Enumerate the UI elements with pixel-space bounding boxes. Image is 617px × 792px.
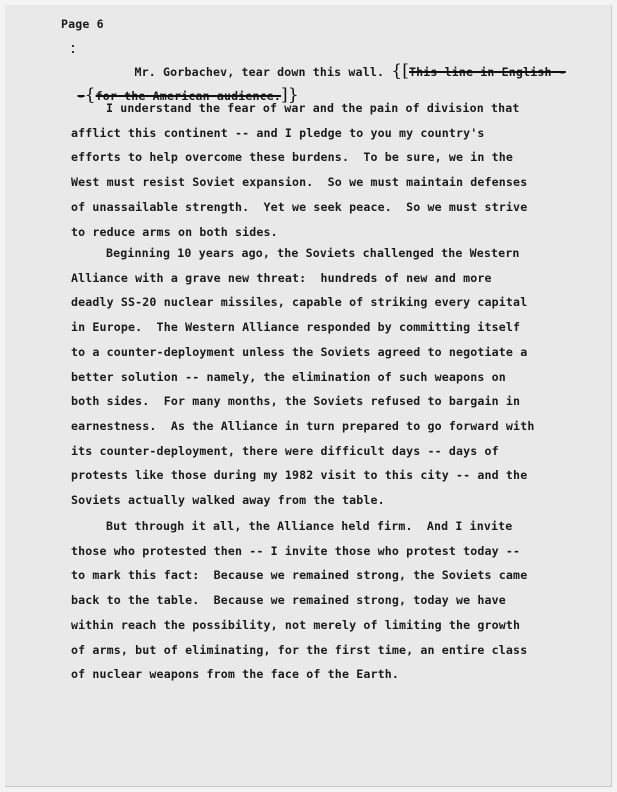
paragraph-line: its counter-deployment, there were diffi…: [71, 441, 499, 461]
paragraph-line: earnestness. As the Alliance in turn pre…: [71, 416, 534, 436]
struck-note-line-1: This line in English: [409, 65, 552, 79]
paragraph-line: of arms, but of eliminating, for the fir…: [71, 640, 527, 660]
paragraph-line: deadly SS-20 nuclear missiles, capable o…: [71, 292, 527, 312]
struck-note-line: -{for the American audience.]}: [49, 65, 299, 85]
paragraph-line: afflict this continent -- and I pledge t…: [71, 123, 485, 143]
paragraph-line: within reach the possibility, not merely…: [71, 615, 520, 635]
paragraph-line: to a counter-deployment unless the Sovie…: [71, 342, 527, 362]
opening-line: Mr. Gorbachev, tear down this wall. {[Th…: [106, 41, 566, 61]
page-number: Page 6: [61, 17, 104, 31]
paragraph-line: better solution -- namely, the eliminati…: [71, 367, 506, 387]
paragraph-line: back to the table. Because we remained s…: [71, 590, 506, 610]
scan-speck: [72, 45, 74, 47]
paragraph-line: to reduce arms on both sides.: [71, 222, 278, 242]
handwritten-bracket-open: {[: [391, 61, 409, 81]
paragraph-first-line: But through it all, the Alliance held fi…: [106, 516, 512, 536]
paragraph-first-line: Beginning 10 years ago, the Soviets chal…: [106, 243, 520, 263]
paragraph-line: protests like those during my 1982 visit…: [71, 465, 527, 485]
paragraph-line: of unassailable strength. Yet we seek pe…: [71, 197, 527, 217]
paragraph-line: both sides. For many months, the Soviets…: [71, 391, 520, 411]
paragraph-line: efforts to help overcome these burdens. …: [71, 147, 513, 167]
paragraph-line: to mark this fact: Because we remained s…: [71, 565, 527, 585]
paragraph-line: West must resist Soviet expansion. So we…: [71, 172, 527, 192]
document-page: Page 6 Mr. Gorbachev, tear down this wal…: [5, 5, 612, 787]
handwritten-bracket-open-2: {: [85, 85, 96, 105]
scan-speck: [72, 51, 74, 53]
paragraph-line: Alliance with a grave new threat: hundre…: [71, 268, 492, 288]
paragraph-line: Soviets actually walked away from the ta…: [71, 490, 385, 510]
paragraph-line: those who protested then -- I invite tho…: [71, 541, 520, 561]
paragraph-line: in Europe. The Western Alliance responde…: [71, 317, 520, 337]
paragraph-line: of nuclear weapons from the face of the …: [71, 664, 399, 684]
paragraph-first-line: I understand the fear of war and the pai…: [106, 98, 520, 118]
